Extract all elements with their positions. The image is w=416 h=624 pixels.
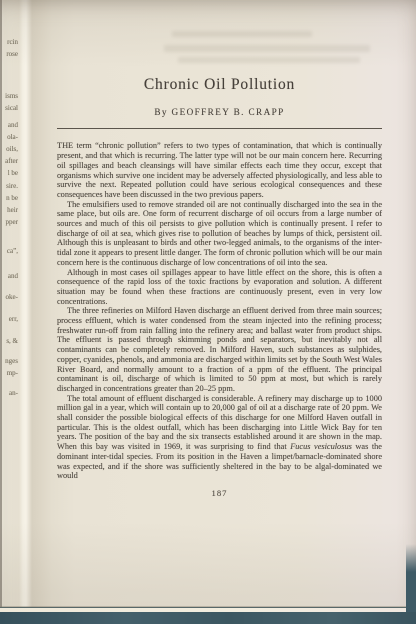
left-page-fragment: rcin [7,38,18,46]
left-page-fragment: and [8,121,18,129]
left-page-fragment: oils, [6,145,18,153]
left-page-fragment: isms [5,92,18,100]
left-page-fragment: oke- [6,293,18,301]
article-paragraph: The three refineries on Milford Haven di… [57,306,382,393]
left-page-fragment: and [8,272,18,280]
book-cover-edge [0,612,416,624]
article-title: Chronic Oil Pollution [57,76,382,94]
left-page-fragment: ola- [7,133,18,141]
left-page-fragment: after [5,157,18,165]
left-page-fragment: sire. [6,182,18,190]
left-page-fragment: n be [6,194,18,202]
left-page-fragment: mp- [7,369,18,377]
article-paragraph: The total amount of effluent discharged … [57,394,382,481]
left-page-fragment: l be [8,169,18,177]
article-body: THE term “chronic pollution” refers to t… [57,141,382,481]
show-through-text [178,57,360,63]
left-page-fragment: pper [6,218,18,226]
left-page-fragment: an- [9,389,18,397]
left-page-fragment: sical [5,104,18,112]
page-number: 187 [57,488,382,498]
article-byline: By GEOFFREY B. CRAPP [57,107,382,117]
left-page-fragment: rose [6,50,18,58]
show-through-text [172,31,312,37]
article-paragraph: Although in most cases oil spillages app… [57,268,382,307]
article-paragraph: The emulsifiers used to remove stranded … [57,200,382,268]
article-paragraph: THE term “chronic pollution” refers to t… [57,141,382,199]
title-divider [57,128,382,129]
article-column: Chronic Oil Pollution By GEOFFREY B. CRA… [57,76,382,498]
left-page-fragment: err, [9,315,18,323]
facing-page-sliver: rcin rose isms sical and ola- oils, afte… [0,0,21,607]
show-through-text [164,45,370,52]
book-page-photo: rcin rose isms sical and ola- oils, afte… [0,0,416,624]
left-page-fragment: heir [7,206,18,214]
left-page-fragment: s, & [6,337,18,345]
left-page-fragment: nges [5,357,18,365]
left-page-fragment: ca”, [7,247,18,255]
species-name: Fucus vesiculosus [290,442,352,451]
